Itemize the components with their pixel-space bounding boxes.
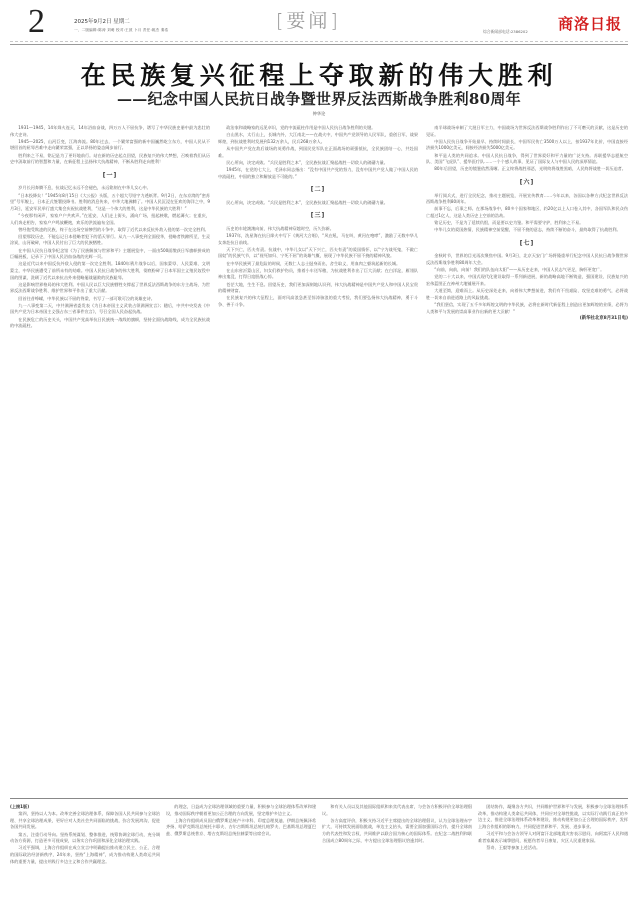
masthead: 2 2025年9月2日 星期二 一、二版编辑:陈涛 刘萌 校对:王波 卜月 责任…: [0, 0, 638, 44]
paragraph: 的理念，日益成为全球治理领域的重要力量，积极参与全球治理体系改革和建设，推动国际…: [166, 804, 316, 817]
paragraph: 1931—1945，14年烽火连天，14年浴血奋战，四万万人不屈抗争，谱写了中华…: [10, 125, 210, 138]
paragraph: 党的二十大以来，中国式现代化建设取得一系列新进展，新的战略高地不断铸造，强国建设…: [426, 274, 628, 287]
page-number: 2: [28, 4, 45, 40]
section-marker-3: [三]: [218, 213, 418, 220]
paragraph: 在山东省沂蒙山区，妇女们救护伤员，推着小车送军粮，为抗战胜利作出了巨大贡献；在白…: [218, 268, 418, 281]
paragraph: 这是近代以来中国反抗外敌入侵的第一次完全胜利。1840年鸦片战争以后，国家蒙辱、…: [10, 261, 210, 281]
paragraph: 大道至简，迎难而上。从历史深处走来，向着伟大梦想前进，我们有不畏艰险、攻坚克难的…: [426, 288, 628, 301]
section-marker-7: [七]: [426, 241, 628, 248]
paragraph: “日本投降矣！”1945年8月15日《大公报》头版，五个超大号铅字力透纸背。9月…: [10, 193, 210, 213]
paragraph: 习近平强调，上海合作组织在成立宣言中明确提出推动建立民主、公正、合理的国际政治经…: [10, 845, 160, 865]
paragraph: 九一八事变第二天，中共满洲省委发表《为日本帝国主义武装占领满洲宣言》；随后，中共…: [10, 303, 210, 316]
paragraph: 第四，坚持以人为本。改革完善全球治理体系，保障各国人民共同参与全球治理、共享全球…: [10, 811, 160, 831]
editors-credits: 一、二版编辑:陈涛 刘萌 校对:王波 卜月 责任:姚杰 秦浩: [74, 28, 168, 33]
hotline: 综合新闻部电话:2386202: [483, 29, 528, 35]
paragraph: 民心所向，决定成败。“兵民是胜利之本”，全民族抗战汇聚起战胜一切敌人的磅礴力量。: [218, 200, 418, 207]
paragraph: 这是影响世界格局的伟大胜利。中国人民以巨大民族牺牲支撑起了世界反法西斯战争的东方…: [10, 282, 210, 295]
paragraph: “我们坚信，实现了五千多年辉煌文明的中华民族，必将在新时代新征程上创造出更加辉煌…: [426, 302, 628, 315]
headline: 在民族复兴征程上夺取新的伟大胜利: [0, 56, 638, 92]
continuation-column-1: (上接1版) 第四，坚持以人为本。改革完善全球治理体系，保障各国人民共同参与全球…: [10, 804, 160, 894]
paragraph: 1945—2025，山河巨变，江海奔流。80年过去，一个繁荣富强的新中国巍然屹立…: [10, 139, 210, 152]
paragraph: 回望那段历史，不能忘记日本侵略者犯下的滔天罪行。从九一八事变到全面侵华，侵略者铁…: [10, 234, 210, 247]
paragraph: 历史的车轮滚滚向前，伟大抗战精神穿越时空，历久弥新。: [218, 226, 418, 233]
paragraph: 曾经饱受欺凌的民族，终于在这场空前惨烈的斗争中，取得了近代以来反抗外敌入侵的第一…: [10, 227, 210, 234]
paragraph: 和平是人类的共同追求。中国人民抗日战争，得到了世界爱好和平力量的广泛支持。苏联援…: [426, 153, 628, 166]
paragraph: 和有关人员以及其他国际组织和来宾代表出席，与会各方积极评价全球治理倡议。: [322, 804, 472, 817]
paragraph: 1937年，冼星海在抗日烽火中写下《黄河大合唱》，“风在吼，马在叫，黄河在咆哮”…: [218, 233, 418, 246]
paragraph: 南半球战场牵制了大批日军主力，中国战场为世界反法西斯战争胜利作出了不可磨灭的贡献…: [426, 125, 628, 138]
article-column-4: 南半球战场牵制了大批日军主力，中国战场为世界反法西斯战争胜利作出了不可磨灭的贡献…: [426, 125, 628, 793]
byline: 钟华论: [0, 111, 638, 117]
paragraph: 中国人民抗日战争开始最早、持续时间最长，中国军民伤亡3500万人以上，按1937…: [426, 139, 628, 152]
paragraph: 在中华民族到了最危险的时候，无数仁人志士挺身而出，舍生取义，用血肉之躯筑起新的长…: [218, 261, 418, 268]
paragraph: 苍茫大地，生生不息。回望历史，我们更加深刻地认识到，伟大抗战精神是中国共产党人和…: [218, 282, 418, 295]
paragraph: 铭记历史，不是为了延续仇恨，而是要以史为鉴。和平需要守护，胜利来之不易。: [426, 220, 628, 227]
paragraph: 80年后回望，历史的镜鉴依然清晰。正义终将战胜邪恶，光明终将战胜黑暗，人民终将战…: [426, 166, 628, 173]
paragraph: 第五，注重行动导向。坚持系统谋划、整体推进，统筹协调全球行动，充分调动各方资源，…: [10, 832, 160, 845]
paragraph: “今夜那有闲声，家家户户共欢声。”在延安，人们走上街头，涌向广场，扭起秧歌，燃起…: [10, 213, 210, 226]
paragraph: 民心所向，决定成败。“兵民是胜利之本”，全民族抗战汇聚起战胜一切敌人的磅礴力量。: [218, 160, 418, 167]
paragraph: 中华儿女的爱国热情，民族精神空前觉醒，不屈不挠的意志，持续不断的奋斗，最终取得了…: [426, 227, 628, 234]
paragraph: 蔡奇、王毅等参加上述活动。: [478, 845, 628, 852]
paragraph: “向前，向前，向前！我们的队伍向太阳”——从历史走来，中国人民志气更足，胸怀更宽…: [426, 267, 628, 274]
section-title: [要闻]: [276, 6, 341, 33]
article-column-2: 政治家和战略家的远见卓识，党的中流砥柱作用是中国人民抗日战争胜利的关键。 白山黑…: [218, 125, 418, 793]
issue-date: 2025年9月2日 星期二: [74, 17, 130, 25]
paper-logo: 商洛日报: [558, 13, 622, 34]
paragraph: 在民族危亡的历史关头，中国共产党高举抗日民族统一战线的旗帜，坚持全面抗战路线，成…: [10, 317, 210, 330]
paragraph: 前事不忘，后事之师。在那场战争中，80多个国家和地区、约20亿以上人口卷入其中，…: [426, 206, 628, 219]
subheadline: ——纪念中国人民抗日战争暨世界反法西斯战争胜利80周年: [0, 88, 638, 109]
masthead-divider: [10, 41, 628, 42]
section-divider: [10, 798, 628, 799]
paragraph: 在民族复兴的伟大征程上，面对风高浪急甚至惊涛骇浪的重大考验，我们要弘扬伟大抗战精…: [218, 295, 418, 308]
section-marker-6: [六]: [426, 180, 628, 187]
article-column-1: 1931—1945，14年烽火连天，14年浴血奋战，四万万人不屈抗争，谱写了中华…: [10, 125, 210, 793]
paragraph: 天下兴亡，匹夫有责。抗战中，中华儿女以“天下兴亡，匹夫有责”的爱国情怀，以“宁为…: [218, 247, 418, 260]
continued-from-tag: (上接1版): [10, 804, 160, 811]
continuation-column-4: 团结协作，凝聚各方共识，共同维护世界和平与发展，积极参与全球治理体系改革，推动构…: [478, 804, 628, 894]
section-marker-2: [二]: [218, 187, 418, 194]
masthead-rule: [10, 44, 628, 45]
paragraph: 1945年，在党的七大上，毛泽东同志指出：“没有中国共产党的努力，没有中国共产党…: [218, 167, 418, 180]
paragraph: 各方高度评价，积极支持习近平主席提出的全球治理倡议，认为全球治理赤字扩大，可持续…: [322, 818, 472, 844]
paragraph: 回首往昔峥嵘，中华民族以不屈的脊梁，书写了一部可歌可泣的英雄史诗。: [10, 296, 210, 303]
article-dateline: (新华社北京8月31日电): [426, 316, 628, 323]
continuation-column-2: 的理念，日益成为全球治理领域的重要力量，积极参与全球治理体系改革和建设，推动国际…: [166, 804, 316, 894]
paragraph: 金秋时节，世界的目光再次聚焦中国。9月3日，北京天安门广场将隆重举行纪念中国人民…: [426, 253, 628, 266]
paragraph: 习近平和与会各方领导人对阿富汗北部地震灾害表示慰问，向阿富汗人民和遇难者家属表示…: [478, 831, 628, 844]
paragraph: 在中国人民抗日战争纪念馆《为了民族解放与世界和平》主题展览中，一面由500面缴获…: [10, 248, 210, 261]
paragraph: 白山黑水，太行山上，长城内外，大江南北——在战火中，中国共产党领导的人民军队，重…: [218, 132, 418, 145]
paragraph: 从中国共产党在敌后战场的英勇作战，到国民党军队在正面战场的顽强抵抗，全民族团结一…: [218, 146, 418, 159]
paragraph: 上海合作组织成员国白俄罗斯总统卢卡申科、印度总理莫迪、伊朗总统佩泽希齐扬、哈萨克…: [166, 818, 316, 838]
section-marker-1: [一]: [10, 173, 210, 180]
paragraph: 团结协作，凝聚各方共识，共同维护世界和平与发展，积极参与全球治理体系改革，推动构…: [478, 804, 628, 830]
paragraph: 胜利来之不易，铭记是为了更好地前行。站在新的历史起点回望，民族复兴的伟大梦想，召…: [10, 153, 210, 166]
continuation-column-3: 和有关人员以及其他国际组织和来宾代表出席，与会各方积极评价全球治理倡议。 各方高…: [322, 804, 472, 894]
paragraph: 政治家和战略家的远见卓识，党的中流砥柱作用是中国人民抗日战争胜利的关键。: [218, 125, 418, 132]
paragraph: 举行阅兵式，进行全民纪念，推动主题展览，开展宣传教育……今年以来，各国以各种方式…: [426, 193, 628, 206]
paragraph: 岁月长河奔腾不息，抗战记忆永远不会褪色，永远铭刻在中华儿女心中。: [10, 185, 210, 192]
